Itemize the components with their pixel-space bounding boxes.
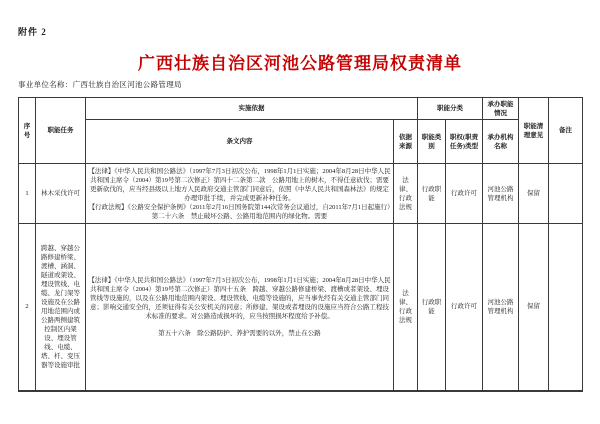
row2-content: 【法律】《中华人民共和国公路法》（1997年7月3日初次公布，1998年1月1日… (86, 224, 394, 391)
unit-name-label: 事业单位名称：广西壮族自治区河池公路管理局 (18, 79, 182, 90)
header-task: 职能任务 (36, 98, 86, 164)
table-row: 1 林木采伐许可 【法律】《中华人民共和国公路法》（1997年7月3日初次公布，… (19, 164, 583, 224)
header-source: 依据来源 (394, 120, 418, 164)
duty-list-table: 序号 职能任务 实施依据 职能分类 承办职能情况 职能清理意见 备注 条文内容 … (18, 97, 583, 392)
row2-task: 跨越、穿越公路修建桥梁、渡槽、涵洞、隧道或架设、埋设管线、电缆、龙门架等设施及在… (36, 224, 86, 391)
row1-agency: 河池公路管理机构 (483, 164, 519, 224)
page-title: 广西壮族自治区河池公路管理局权责清单 (0, 49, 600, 74)
row2-power-type: 行政许可 (446, 224, 483, 391)
row2-seq: 2 (19, 224, 36, 391)
header-agency: 承办机构名称 (483, 120, 519, 164)
header-cleanup: 职能清理意见 (519, 98, 549, 164)
row1-seq: 1 (19, 164, 36, 224)
row2-content-article56: 第五十六条 除公路防护、养护需要的以外，禁止在公路 (88, 329, 391, 338)
attachment-label: 附件 2 (18, 25, 47, 38)
row1-task: 林木采伐许可 (36, 164, 86, 224)
row2-remarks (549, 224, 583, 391)
row2-category: 行政职能 (418, 224, 446, 391)
row1-remarks (549, 164, 583, 224)
table-row: 2 跨越、穿越公路修建桥梁、渡槽、涵洞、隧道或架设、埋设管线、电缆、龙门架等设施… (19, 224, 583, 391)
row2-source: 法律、行政法规 (394, 224, 418, 391)
header-remarks: 备注 (549, 98, 583, 164)
header-content: 条文内容 (86, 120, 394, 164)
header-seq: 序号 (19, 98, 36, 164)
header-row-1: 序号 职能任务 实施依据 职能分类 承办职能情况 职能清理意见 备注 (19, 98, 583, 120)
row1-content-regulation: 【行政法规】《公路安全保护条例》（2011年2月16日国务院第144次常务会议通… (88, 203, 391, 221)
row1-category: 行政职能 (418, 164, 446, 224)
row2-content-law: 【法律】《中华人民共和国公路法》（1997年7月3日初次公布，1998年1月1日… (88, 276, 391, 321)
document-page: { "page": { "attachment_label": "附件 2", … (0, 0, 600, 424)
header-category: 职能类别 (418, 120, 446, 164)
row1-power-type: 行政许可 (446, 164, 483, 224)
row1-content-law: 【法律】《中华人民共和国公路法》（1997年7月3日初次公布，1998年1月1日… (88, 167, 391, 203)
header-basis-group: 实施依据 (86, 98, 418, 120)
row1-content: 【法律】《中华人民共和国公路法》（1997年7月3日初次公布，1998年1月1日… (86, 164, 394, 224)
header-power-type: 职权(职责任务)类型 (446, 120, 483, 164)
row2-agency: 河池公路管理机构 (483, 224, 519, 391)
header-classification-group: 职能分类 (418, 98, 483, 120)
row2-cleanup: 保留 (519, 224, 549, 391)
row1-cleanup: 保留 (519, 164, 549, 224)
row1-source: 法律、行政法规 (394, 164, 418, 224)
header-row-2: 条文内容 依据来源 职能类别 职权(职责任务)类型 承办机构名称 (19, 120, 583, 164)
header-undertake-group: 承办职能情况 (483, 98, 519, 120)
